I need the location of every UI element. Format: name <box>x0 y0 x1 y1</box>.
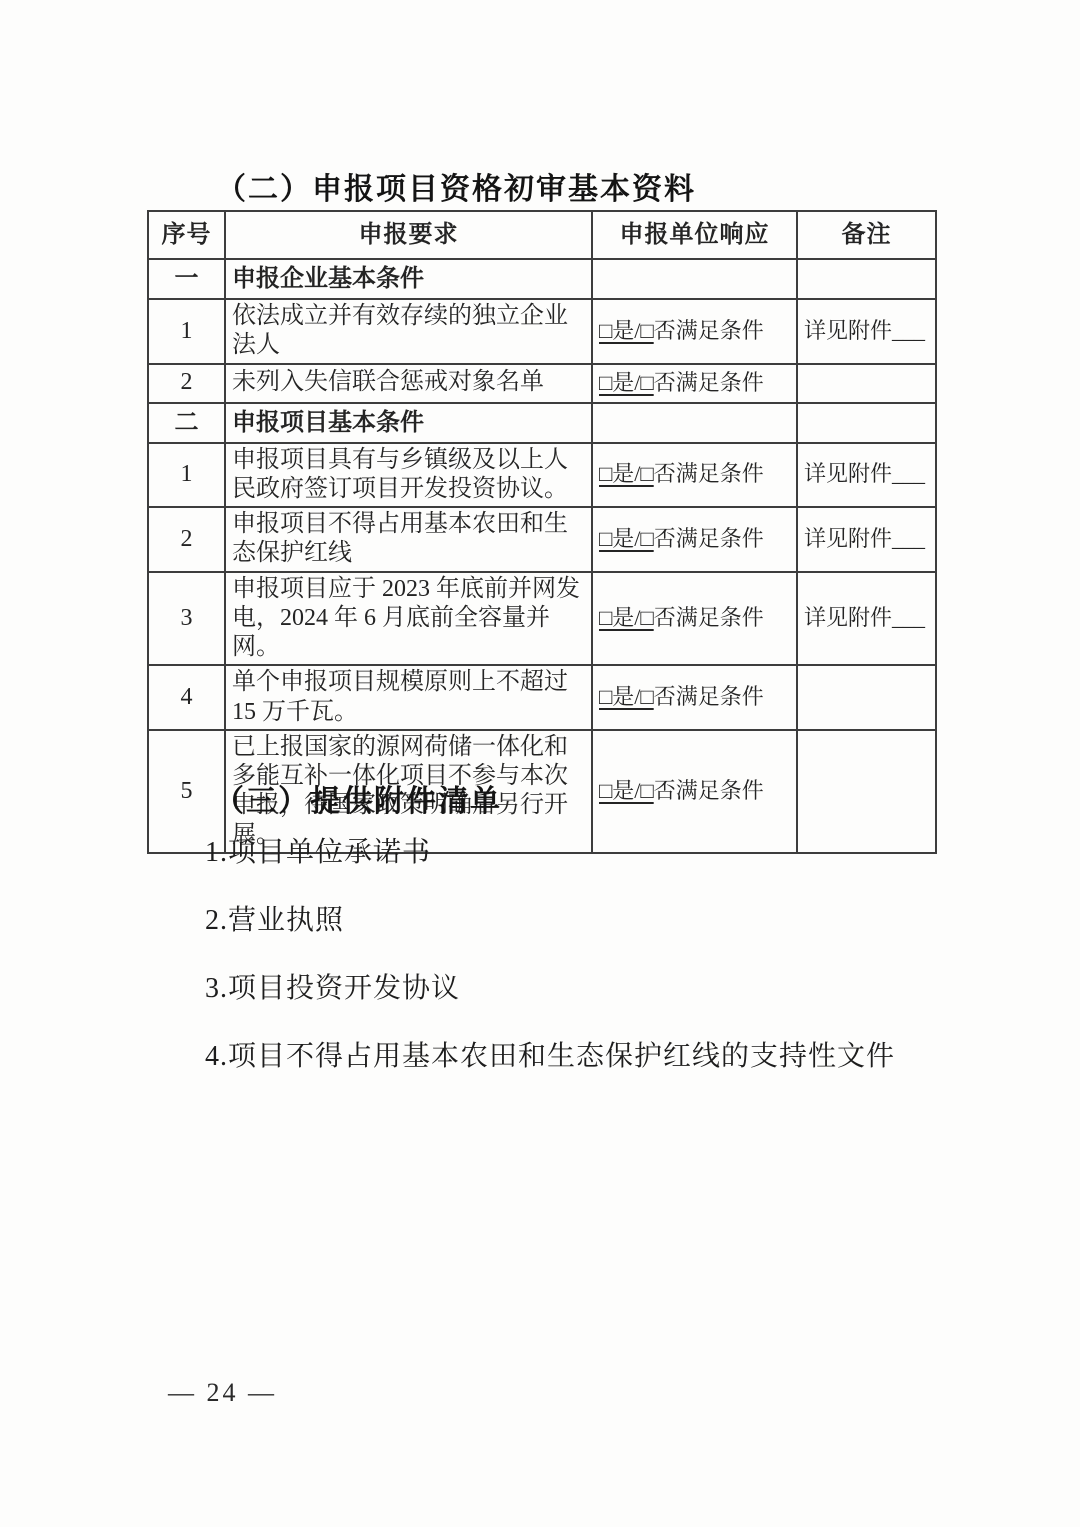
requirement-text: 申报项目基本条件 <box>225 403 592 443</box>
note-text <box>797 665 936 730</box>
table-row: 3 申报项目应于 2023 年底前并网发电，2024 年 6 月底前全容量并网。… <box>148 572 936 666</box>
requirement-text: 依法成立并有效存续的独立企业法人 <box>225 299 592 364</box>
note-text: 详见附件___ <box>797 443 936 508</box>
table-row: 4 单个申报项目规模原则上不超过 15 万千瓦。 □是/□否满足条件 <box>148 665 936 730</box>
qualification-review-table: 序号 申报要求 申报单位响应 备注 一 申报企业基本条件 1 依法成立并有效存续… <box>147 210 937 854</box>
section2-heading: （二）申报项目资格初审基本资料 <box>216 164 696 208</box>
row-number: 1 <box>148 443 225 508</box>
response-cell <box>592 259 797 299</box>
row-number: 2 <box>148 364 225 403</box>
attachment-list: 1.项目单位承诺书 2.营业执照 3.项目投资开发协议 4.项目不得占用基本农田… <box>205 830 895 1074</box>
requirement-text: 申报项目具有与乡镇级及以上人民政府签订项目开发投资协议。 <box>225 443 592 508</box>
response-cell: □是/□否满足条件 <box>592 443 797 508</box>
yes-no-checkboxes: □是/□ <box>599 605 654 630</box>
table-row: 1 依法成立并有效存续的独立企业法人 □是/□否满足条件 详见附件___ <box>148 299 936 364</box>
yes-no-checkboxes: □是/□ <box>599 684 654 709</box>
response-text: 否满足条件 <box>654 461 764 486</box>
row-number: 二 <box>148 403 225 443</box>
requirement-text: 申报项目应于 2023 年底前并网发电，2024 年 6 月底前全容量并网。 <box>225 572 592 666</box>
response-text: 否满足条件 <box>654 318 764 343</box>
response-cell: □是/□否满足条件 <box>592 507 797 572</box>
requirement-text: 申报企业基本条件 <box>225 259 592 299</box>
section3-heading: （三）提供附件清单 <box>214 776 502 820</box>
column-header-response: 申报单位响应 <box>592 211 797 259</box>
row-number: 3 <box>148 572 225 666</box>
response-text: 否满足条件 <box>654 684 764 709</box>
attachment-item: 4.项目不得占用基本农田和生态保护红线的支持性文件 <box>205 1034 895 1074</box>
row-number: 1 <box>148 299 225 364</box>
note-text: 详见附件___ <box>797 299 936 364</box>
yes-no-checkboxes: □是/□ <box>599 461 654 486</box>
yes-no-checkboxes: □是/□ <box>599 526 654 551</box>
response-cell: □是/□否满足条件 <box>592 299 797 364</box>
page-number: — 24 — <box>168 1378 277 1408</box>
requirement-text: 单个申报项目规模原则上不超过 15 万千瓦。 <box>225 665 592 730</box>
table-row: 1 申报项目具有与乡镇级及以上人民政府签订项目开发投资协议。 □是/□否满足条件… <box>148 443 936 508</box>
response-cell: □是/□否满足条件 <box>592 665 797 730</box>
response-cell: □是/□否满足条件 <box>592 572 797 666</box>
row-number: 4 <box>148 665 225 730</box>
requirement-text: 未列入失信联合惩戒对象名单 <box>225 364 592 403</box>
attachment-item: 2.营业执照 <box>205 898 895 938</box>
yes-no-checkboxes: □是/□ <box>599 778 654 803</box>
response-text: 否满足条件 <box>654 778 764 803</box>
yes-no-checkboxes: □是/□ <box>599 318 654 343</box>
column-header-seq: 序号 <box>148 211 225 259</box>
table-row: 一 申报企业基本条件 <box>148 259 936 299</box>
row-number: 2 <box>148 507 225 572</box>
attachment-item: 3.项目投资开发协议 <box>205 966 895 1006</box>
table-row: 二 申报项目基本条件 <box>148 403 936 443</box>
column-header-note: 备注 <box>797 211 936 259</box>
response-text: 否满足条件 <box>654 526 764 551</box>
note-text: 详见附件___ <box>797 572 936 666</box>
table-header-row: 序号 申报要求 申报单位响应 备注 <box>148 211 936 259</box>
row-number: 一 <box>148 259 225 299</box>
response-cell: □是/□否满足条件 <box>592 364 797 403</box>
yes-no-checkboxes: □是/□ <box>599 370 654 395</box>
note-text <box>797 259 936 299</box>
column-header-requirement: 申报要求 <box>225 211 592 259</box>
note-text: 详见附件___ <box>797 507 936 572</box>
note-text <box>797 403 936 443</box>
note-text <box>797 364 936 403</box>
document-page: （二）申报项目资格初审基本资料 序号 申报要求 申报单位响应 备注 一 申报企业… <box>0 0 1080 1527</box>
requirement-text: 申报项目不得占用基本农田和生态保护红线 <box>225 507 592 572</box>
table-row: 2 未列入失信联合惩戒对象名单 □是/□否满足条件 <box>148 364 936 403</box>
response-cell <box>592 403 797 443</box>
response-text: 否满足条件 <box>654 370 764 395</box>
attachment-item: 1.项目单位承诺书 <box>205 830 895 870</box>
response-text: 否满足条件 <box>654 605 764 630</box>
table-row: 2 申报项目不得占用基本农田和生态保护红线 □是/□否满足条件 详见附件___ <box>148 507 936 572</box>
